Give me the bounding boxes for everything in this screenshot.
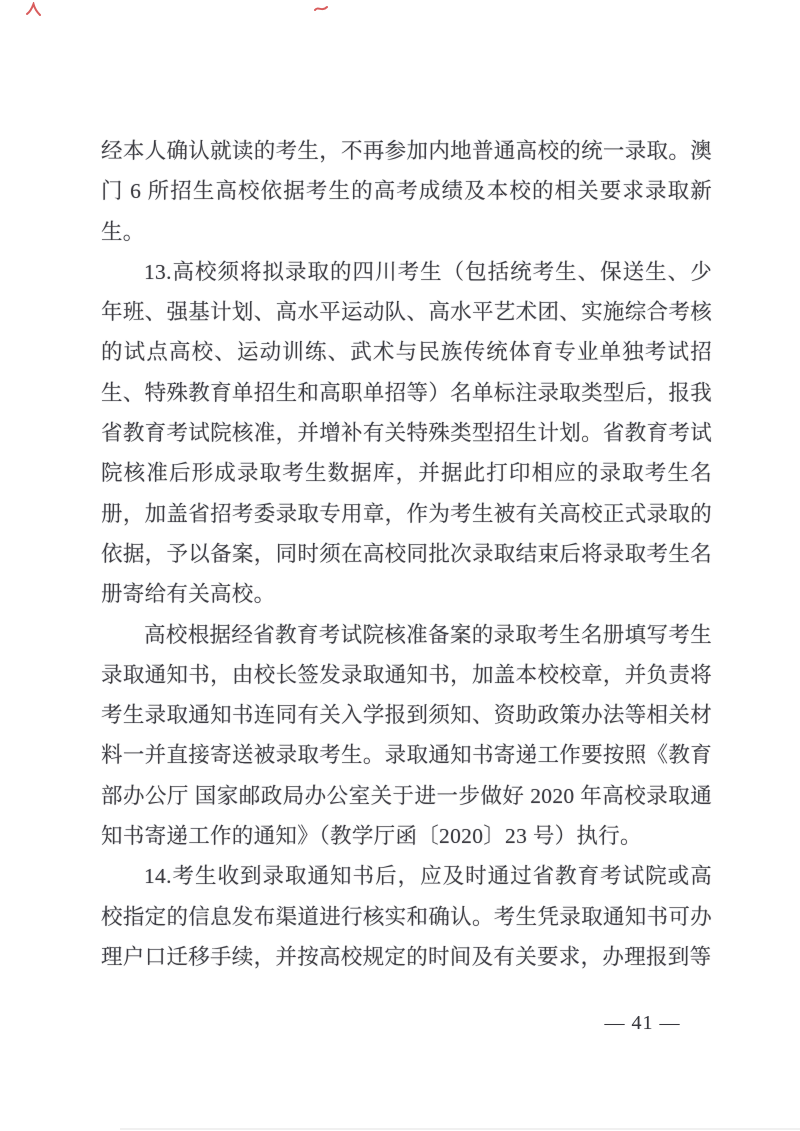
paragraph-item-13-admission-roster: 13.高校须将拟录取的四川考生（包括统考生、保送生、少年班、强基计划、高水平运动… <box>101 252 712 615</box>
page-body-text: 经本人确认就读的考生，不再参加内地普通高校的统一录取。澳门 6 所招生高校依据考… <box>101 131 712 977</box>
paragraph-admission-notice-mailing: 高校根据经省教育考试院核准备案的录取考生名册填写考生录取通知书，由校长签发录取通… <box>101 615 712 857</box>
red-scan-mark-icon <box>24 2 42 18</box>
page-number: — 41 — <box>560 1012 725 1035</box>
document-page: 经本人确认就读的考生，不再参加内地普通高校的统一录取。澳门 6 所招生高校依据考… <box>0 0 800 1131</box>
red-scan-mark-icon <box>314 4 328 14</box>
paragraph-continuation-macau-admission: 经本人确认就读的考生，不再参加内地普通高校的统一录取。澳门 6 所招生高校依据考… <box>101 131 712 252</box>
paragraph-item-14-notice-verification: 14.考生收到录取通知书后，应及时通过省教育考试院或高校指定的信息发布渠道进行核… <box>101 856 712 977</box>
